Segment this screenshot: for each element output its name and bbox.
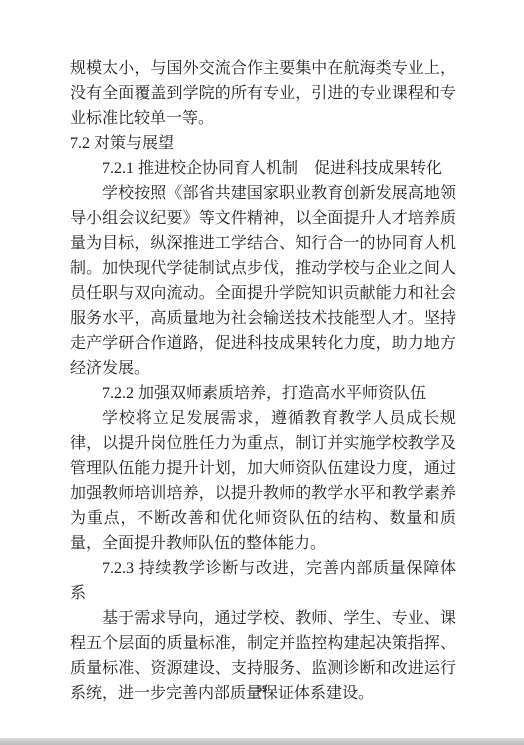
document-page: 规模太小，与国外交流合作主要集中在航海类专业上，没有全面覆盖到学院的所有专业，引… (0, 0, 524, 745)
subsection-heading-7-2-1: 7.2.1 推进校企协同育人机制 促进科技成果转化 (70, 156, 456, 181)
paragraph-continuation: 规模太小，与国外交流合作主要集中在航海类专业上，没有全面覆盖到学院的所有专业，引… (70, 56, 456, 131)
paragraph-7-2-1: 学校按照《部省共建国家职业教育创新发展高地领导小组会议纪要》等文件精神，以全面提… (70, 181, 456, 381)
paragraph-7-2-2: 学校将立足发展需求，遵循教育教学人员成长规律，以提升岗位胜任力为重点，制订并实施… (70, 406, 456, 556)
page-number: 55 (0, 683, 524, 695)
page-bottom-edge (0, 738, 524, 745)
subsection-heading-7-2-2: 7.2.2 加强双师素质培养，打造高水平师资队伍 (70, 381, 456, 406)
section-heading-7-2: 7.2 对策与展望 (70, 131, 456, 156)
page-text-column: 规模太小，与国外交流合作主要集中在航海类专业上，没有全面覆盖到学院的所有专业，引… (70, 56, 456, 706)
subsection-heading-7-2-3: 7.2.3 持续教学诊断与改进，完善内部质量保障体系 (70, 556, 456, 606)
